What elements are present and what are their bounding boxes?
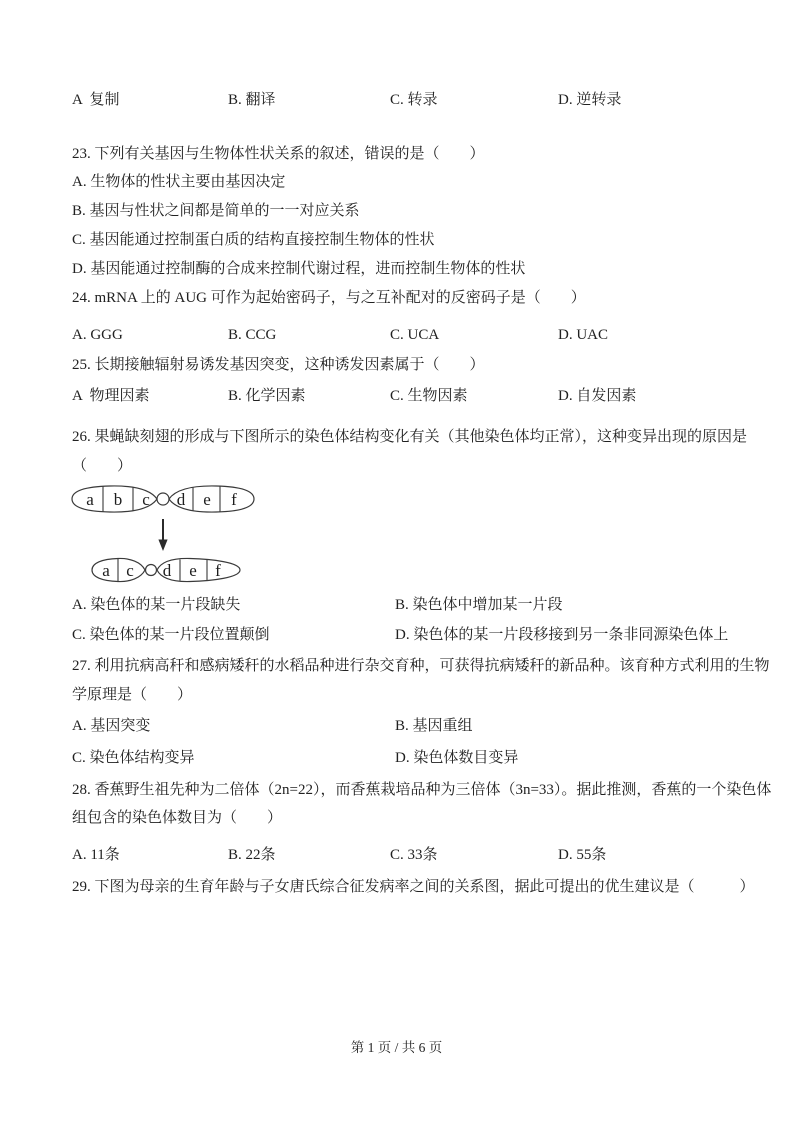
q24-option-b: B. CCG	[228, 325, 276, 345]
segment-label-bottom-d: d	[163, 561, 172, 580]
q27-option-c: C. 染色体结构变异	[72, 748, 195, 768]
centromere-bottom	[146, 565, 157, 576]
q25-option-a: A 物理因素	[72, 386, 150, 406]
segment-label-top-c: c	[142, 490, 150, 509]
q24-option-d: D. UAC	[558, 325, 608, 345]
q22-options-row: A 复制 B. 翻译 C. 转录 D. 逆转录	[0, 90, 793, 110]
q25-options-row: A 物理因素 B. 化学因素 C. 生物因素 D. 自发因素	[0, 386, 793, 406]
q24-option-c: C. UCA	[390, 325, 439, 345]
segment-label-bottom-f: f	[215, 561, 221, 580]
q23-option-b: B. 基因与性状之间都是简单的一一对应关系	[72, 201, 360, 221]
segment-label-top-e: e	[203, 490, 211, 509]
q26-option-d: D. 染色体的某一片段移接到另一条非同源染色体上	[395, 625, 728, 645]
q26-option-b: B. 染色体中增加某一片段	[395, 595, 563, 615]
q29-stem: 29. 下图为母亲的生育年龄与子女唐氏综合征发病率之间的关系图，据此可提出的优生…	[72, 877, 755, 897]
q28-option-d: D. 55条	[558, 845, 606, 865]
chromosome-diagram: a b c d e f a c d e f	[60, 478, 270, 593]
q26-option-c: C. 染色体的某一片段位置颠倒	[72, 625, 270, 645]
q27-option-d: D. 染色体数目变异	[395, 748, 518, 768]
q26-options-row-2: C. 染色体的某一片段位置颠倒 D. 染色体的某一片段移接到另一条非同源染色体上	[0, 625, 793, 645]
segment-label-top-d: d	[177, 490, 186, 509]
q27-options-row-1: A. 基因突变 B. 基因重组	[0, 716, 793, 736]
q22-option-d: D. 逆转录	[558, 90, 621, 110]
q27-option-b: B. 基因重组	[395, 716, 473, 736]
q28-stem-line2: 组包含的染色体数目为（ ）	[72, 808, 282, 828]
chromosome-before: a b c d e f	[72, 486, 254, 512]
q28-option-c: C. 33条	[390, 845, 438, 865]
q27-option-a: A. 基因突变	[72, 716, 150, 736]
q28-option-b: B. 22条	[228, 845, 276, 865]
q24-option-a: A. GGG	[72, 325, 123, 345]
q28-option-a: A. 11条	[72, 845, 120, 865]
q27-stem-line2: 学原理是（ ）	[72, 685, 192, 705]
q24-stem: 24. mRNA 上的 AUG 可作为起始密码子，与之互补配对的反密码子是（ ）	[72, 288, 586, 308]
q23-stem: 23. 下列有关基因与生物体性状关系的叙述，错误的是（ ）	[72, 144, 485, 164]
q26-option-a: A. 染色体的某一片段缺失	[72, 595, 240, 615]
segment-label-top-b: b	[114, 490, 123, 509]
q27-options-row-2: C. 染色体结构变异 D. 染色体数目变异	[0, 748, 793, 768]
page-footer: 第 1 页 / 共 6 页	[0, 1038, 793, 1058]
q25-option-c: C. 生物因素	[390, 386, 468, 406]
q24-options-row: A. GGG B. CCG C. UCA D. UAC	[0, 325, 793, 345]
q22-option-c: C. 转录	[390, 90, 438, 110]
q26-stem-line2: （ ）	[72, 456, 132, 476]
q25-stem: 25. 长期接触辐射易诱发基因突变，这种诱发因素属于（ ）	[72, 355, 485, 375]
segment-label-bottom-a: a	[102, 561, 110, 580]
q28-options-row: A. 11条 B. 22条 C. 33条 D. 55条	[0, 845, 793, 865]
q22-option-b: B. 翻译	[228, 90, 276, 110]
q26-options-row-1: A. 染色体的某一片段缺失 B. 染色体中增加某一片段	[0, 595, 793, 615]
segment-label-bottom-e: e	[189, 561, 197, 580]
centromere-top	[157, 493, 169, 505]
q26-stem-line1: 26. 果蝇缺刻翅的形成与下图所示的染色体结构变化有关（其他染色体均正常），这种…	[72, 427, 747, 447]
exam-page: A 复制 B. 翻译 C. 转录 D. 逆转录 23. 下列有关基因与生物体性状…	[0, 0, 793, 1122]
segment-label-top-f: f	[231, 490, 237, 509]
segment-label-top-a: a	[86, 490, 94, 509]
q22-option-a: A 复制	[72, 90, 120, 110]
q23-option-a: A. 生物体的性状主要由基因决定	[72, 172, 285, 192]
q23-option-c: C. 基因能通过控制蛋白质的结构直接控制生物体的性状	[72, 230, 435, 250]
segment-label-bottom-c: c	[126, 561, 134, 580]
arrow-down-icon	[158, 519, 167, 551]
q25-option-d: D. 自发因素	[558, 386, 636, 406]
q28-stem-line1: 28. 香蕉野生祖先种为二倍体（2n=22），而香蕉栽培品种为三倍体（3n=33…	[72, 780, 771, 800]
q25-option-b: B. 化学因素	[228, 386, 306, 406]
q23-option-d: D. 基因能通过控制酶的合成来控制代谢过程，进而控制生物体的性状	[72, 259, 525, 279]
q27-stem-line1: 27. 利用抗病高秆和感病矮秆的水稻品种进行杂交育种，可获得抗病矮秆的新品种。该…	[72, 656, 770, 676]
chromosome-after: a c d e f	[92, 558, 240, 581]
